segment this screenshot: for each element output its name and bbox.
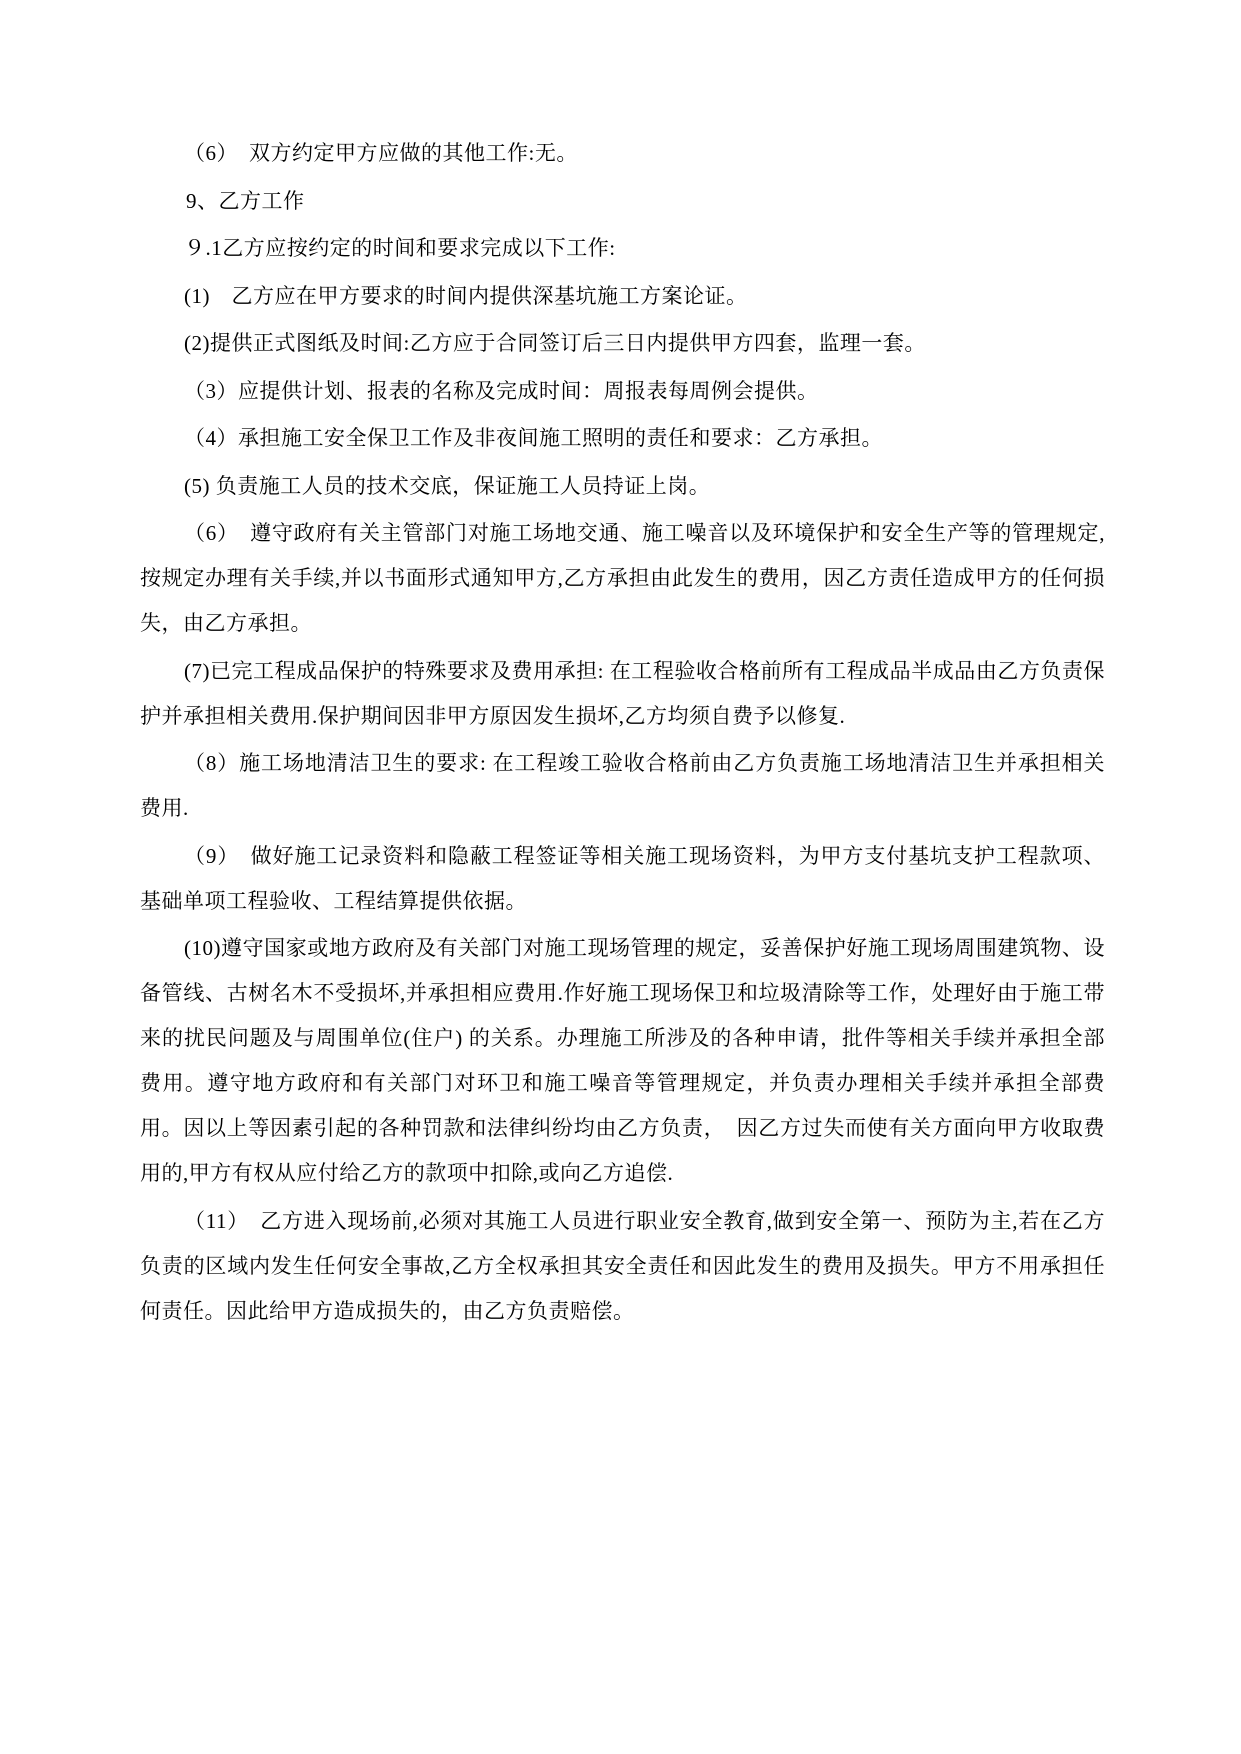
clause-item-11: （11） 乙方进入现场前,必须对其施工人员进行职业安全教育,做到安全第一、预防为…: [140, 1199, 1105, 1334]
clause-item-3: （3）应提供计划、报表的名称及完成时间：周报表每周例会提供。: [140, 369, 1105, 414]
clause-item-2: (2)提供正式图纸及时间:乙方应于合同签订后三日内提供甲方四套，监理一套。: [140, 321, 1105, 366]
clause-item-4: （4）承担施工安全保卫工作及非夜间施工照明的责任和要求：乙方承担。: [140, 416, 1105, 461]
clause-item-1: (1) 乙方应在甲方要求的时间内提供深基坑施工方案论证。: [140, 274, 1105, 319]
clause-8-item-6: （6） 双方约定甲方应做的其他工作:无。: [140, 131, 1105, 176]
document-page: （6） 双方约定甲方应做的其他工作:无。 9、乙方工作 ９.1乙方应按约定的时间…: [0, 0, 1241, 1754]
clause-item-10: (10)遵守国家或地方政府及有关部门对施工现场管理的规定，妥善保护好施工现场周围…: [140, 926, 1105, 1196]
document-body: （6） 双方约定甲方应做的其他工作:无。 9、乙方工作 ９.1乙方应按约定的时间…: [140, 131, 1105, 1336]
clause-item-9: （9） 做好施工记录资料和隐蔽工程签证等相关施工现场资料，为甲方支付基坑支护工程…: [140, 834, 1105, 924]
clause-item-5: (5) 负责施工人员的技术交底，保证施工人员持证上岗。: [140, 464, 1105, 509]
section-9-heading: 9、乙方工作: [140, 179, 1105, 224]
section-9-1-intro: ９.1乙方应按约定的时间和要求完成以下工作:: [140, 226, 1105, 271]
clause-item-6: （6） 遵守政府有关主管部门对施工场地交通、施工噪音以及环境保护和安全生产等的管…: [140, 511, 1105, 646]
clause-item-7: (7)已完工程成品保护的特殊要求及费用承担: 在工程验收合格前所有工程成品半成品…: [140, 649, 1105, 739]
clause-item-8: （8）施工场地清洁卫生的要求: 在工程竣工验收合格前由乙方负责施工场地清洁卫生并…: [140, 741, 1105, 831]
